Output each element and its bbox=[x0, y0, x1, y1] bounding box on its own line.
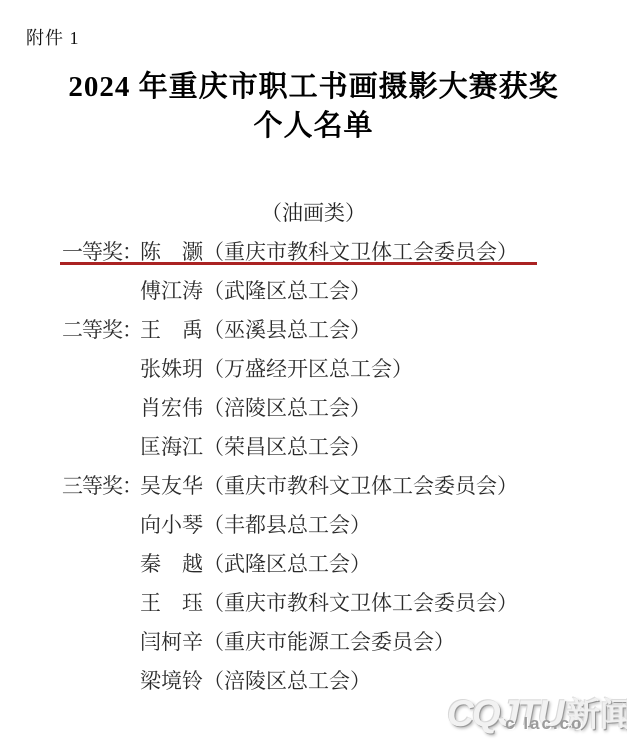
winner-org: （重庆市教科文卫体工会委员会） bbox=[203, 470, 518, 500]
attachment-label: 附件 1 bbox=[26, 24, 80, 50]
winner-org: （万盛经开区总工会） bbox=[203, 353, 413, 383]
award-row: 王 珏（重庆市教科文卫体工会委员会） bbox=[62, 582, 617, 621]
watermark-url-fragment: c lac.co bbox=[505, 714, 583, 734]
title-line-2: 个人名单 bbox=[0, 107, 627, 146]
winner-name: 肖宏伟 bbox=[140, 392, 203, 422]
award-row: 三等奖：吴友华（重庆市教科文卫体工会委员会） bbox=[62, 465, 617, 504]
winner-org: （武隆区总工会） bbox=[203, 548, 371, 578]
winner-name: 闫柯辛 bbox=[140, 626, 203, 656]
award-row: 匡海江（荣昌区总工会） bbox=[62, 426, 617, 465]
winner-name: 王 禹 bbox=[140, 314, 203, 344]
winner-name: 秦 越 bbox=[140, 548, 203, 578]
prize-label: 三等奖： bbox=[62, 470, 140, 500]
winner-name: 傅江涛 bbox=[140, 275, 203, 305]
award-row: 傅江涛（武隆区总工会） bbox=[62, 270, 617, 309]
award-row: 张姝玥（万盛经开区总工会） bbox=[62, 348, 617, 387]
winner-name: 梁境铃 bbox=[140, 665, 203, 695]
award-row: 一等奖：陈 灏（重庆市教科文卫体工会委员会） bbox=[62, 231, 617, 270]
winner-org: （涪陵区总工会） bbox=[203, 665, 371, 695]
document-title: 2024 年重庆市职工书画摄影大赛获奖 个人名单 bbox=[0, 68, 627, 146]
winner-org: （荣昌区总工会） bbox=[203, 431, 371, 461]
winner-org: （涪陵区总工会） bbox=[203, 392, 371, 422]
winner-name: 吴友华 bbox=[140, 470, 203, 500]
site-watermark: c lac.co CQJTU 新闻 bbox=[447, 689, 627, 736]
award-row: 秦 越（武隆区总工会） bbox=[62, 543, 617, 582]
prize-label: 二等奖： bbox=[62, 314, 140, 344]
winner-org: （重庆市教科文卫体工会委员会） bbox=[203, 236, 518, 266]
category-heading: （油画类） bbox=[0, 197, 627, 227]
winner-name: 匡海江 bbox=[140, 431, 203, 461]
winner-org: （重庆市能源工会委员会） bbox=[203, 626, 455, 656]
award-row: 向小琴（丰都县总工会） bbox=[62, 504, 617, 543]
winner-org: （武隆区总工会） bbox=[203, 275, 371, 305]
award-row: 肖宏伟（涪陵区总工会） bbox=[62, 387, 617, 426]
winner-org: （巫溪县总工会） bbox=[203, 314, 371, 344]
title-line-1: 2024 年重庆市职工书画摄影大赛获奖 bbox=[0, 68, 627, 107]
award-row: 闫柯辛（重庆市能源工会委员会） bbox=[62, 621, 617, 660]
winner-org: （重庆市教科文卫体工会委员会） bbox=[203, 587, 518, 617]
prize-label: 一等奖： bbox=[62, 236, 140, 266]
winner-name: 张姝玥 bbox=[140, 353, 203, 383]
winner-name: 王 珏 bbox=[140, 587, 203, 617]
document-page: 附件 1 2024 年重庆市职工书画摄影大赛获奖 个人名单 （油画类） 一等奖：… bbox=[0, 0, 627, 740]
winner-name: 陈 灏 bbox=[140, 236, 203, 266]
red-underline bbox=[60, 262, 537, 265]
winner-org: （丰都县总工会） bbox=[203, 509, 371, 539]
award-row: 二等奖：王 禹（巫溪县总工会） bbox=[62, 309, 617, 348]
winner-name: 向小琴 bbox=[140, 509, 203, 539]
award-list: 一等奖：陈 灏（重庆市教科文卫体工会委员会） 傅江涛（武隆区总工会） 二等奖：王… bbox=[62, 231, 617, 699]
